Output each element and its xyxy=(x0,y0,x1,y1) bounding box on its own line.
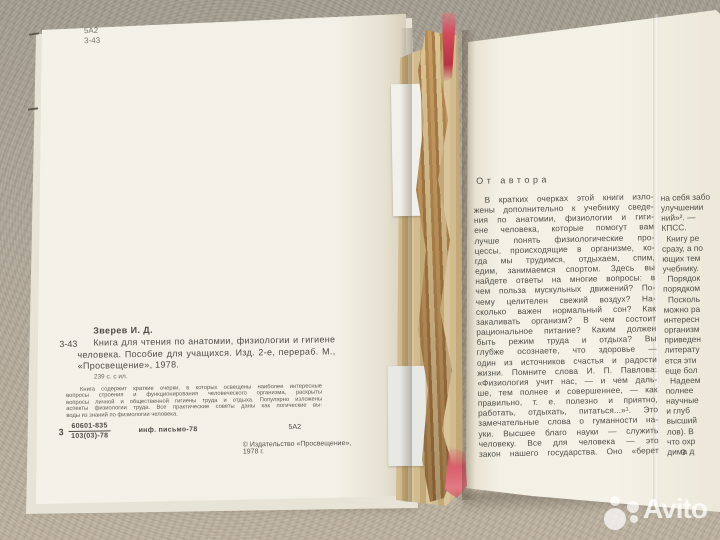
bbk-index: 3-43 xyxy=(59,339,77,349)
gutter-shadow-left xyxy=(400,28,412,502)
avito-logo-icon xyxy=(604,508,626,530)
stamp-code-line1: 5А2 xyxy=(84,26,100,36)
page-number: 3 xyxy=(681,448,686,457)
code-right: 5А2 xyxy=(288,424,301,431)
foreword-block: От автора В кратких очерках этой книги и… xyxy=(473,172,663,459)
code-prefix: 3 xyxy=(59,428,64,438)
code-suffix: инф. письмо-78 xyxy=(139,427,198,435)
code-denominator: 103(03)-78 xyxy=(69,432,111,441)
avito-watermark-label: Avito xyxy=(643,493,707,525)
stamp-code-line2: 3-43 xyxy=(84,35,100,45)
avito-watermark: Avito xyxy=(596,493,720,539)
bibliography-text: Книга для чтения по анатомии, физиологии… xyxy=(77,334,335,372)
publishing-code-row: 3 60601-835 103(03)-78 инф. письмо-78 5А… xyxy=(56,419,366,441)
next-page-text-fragments: на себя забоулучшенииний»². —КПСС. Книгу… xyxy=(661,191,720,457)
imprint-block: Зверев И. Д. 3-43 Книга для чтения по ан… xyxy=(55,322,367,459)
code-fraction: 60601-835 103(03)-78 xyxy=(68,423,110,441)
library-stamp: 5А2 3-43 xyxy=(84,26,100,45)
avito-logo-icon xyxy=(610,496,620,506)
bibliography-row: 3-43 Книга для чтения по анатомии, физио… xyxy=(55,334,365,373)
book-photo: 5А2 3-43 Зверев И. Д. 3-43 Книга для чте… xyxy=(0,0,720,540)
fragment-line: дима д xyxy=(667,445,720,457)
gutter-shadow-right xyxy=(462,30,476,500)
avito-logo-icon xyxy=(627,501,639,513)
foreword-text: В кратких очерках этой книги изло-жены д… xyxy=(473,191,658,459)
copyright-line: © Издательство «Просвещение», 1978 г. xyxy=(243,440,367,456)
avito-logo-icon xyxy=(630,515,638,523)
annotation: Книга содержит краткие очерки, в которых… xyxy=(66,383,322,420)
